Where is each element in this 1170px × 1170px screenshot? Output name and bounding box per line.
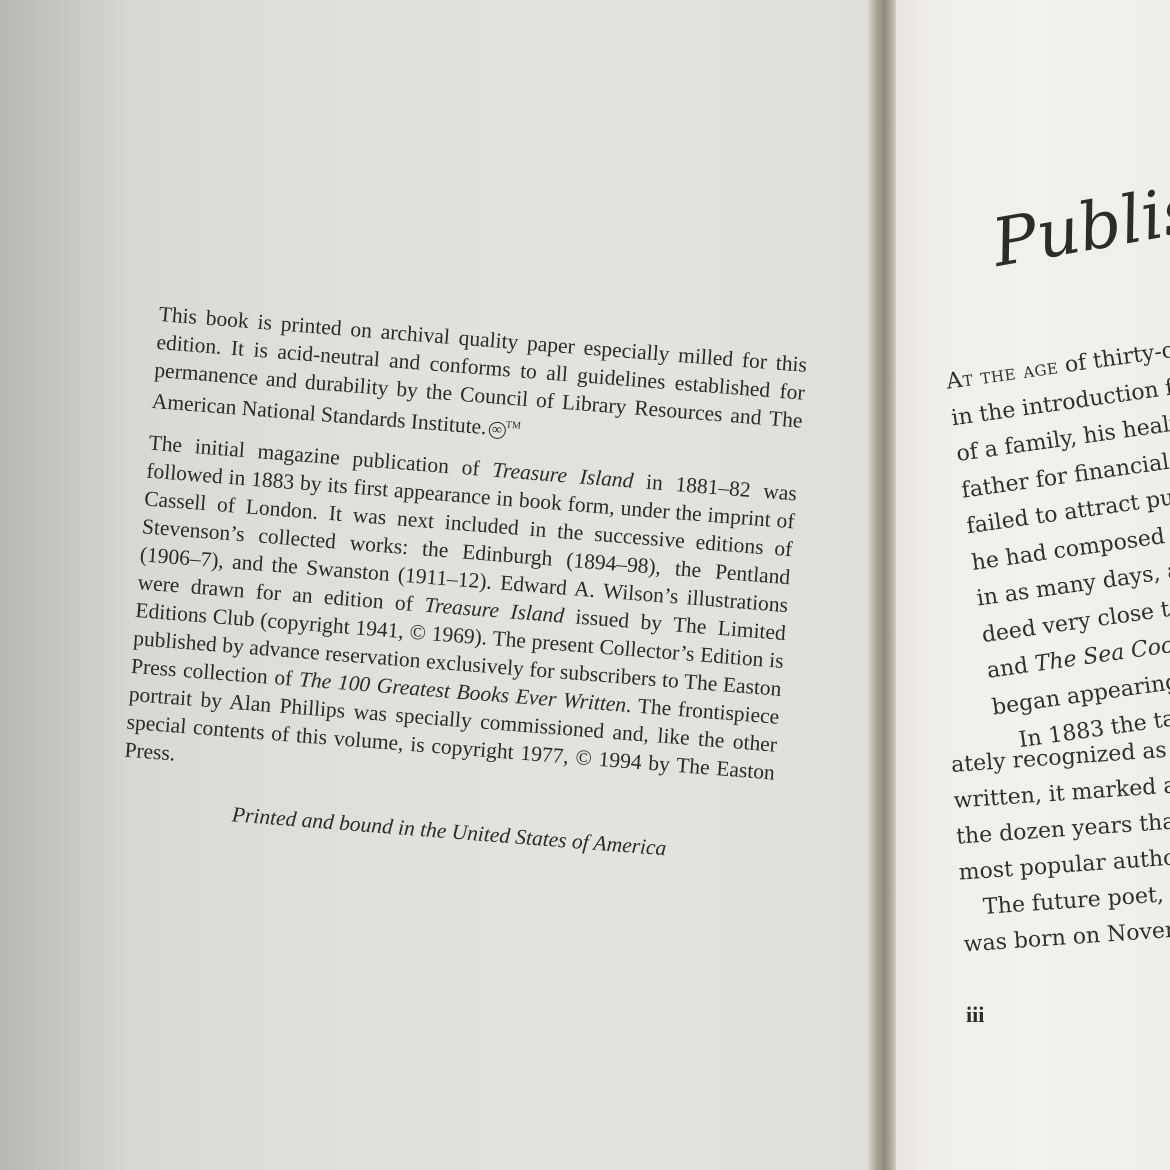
trademark-mark: TM: [505, 420, 521, 432]
infinity-certification-icon: ∞: [488, 421, 506, 439]
publication-history-paragraph: The initial magazine publication of Trea…: [124, 429, 798, 815]
page-number: iii: [966, 1002, 984, 1028]
copyright-notice: This book is printed on archival quality…: [118, 300, 808, 885]
preface-text-lower: ately recognized as written, it marked a…: [950, 720, 1170, 963]
page-shadow: [0, 0, 130, 1170]
book-gutter: [868, 0, 898, 1170]
open-book-photo: This book is printed on archival quality…: [0, 0, 1170, 1170]
